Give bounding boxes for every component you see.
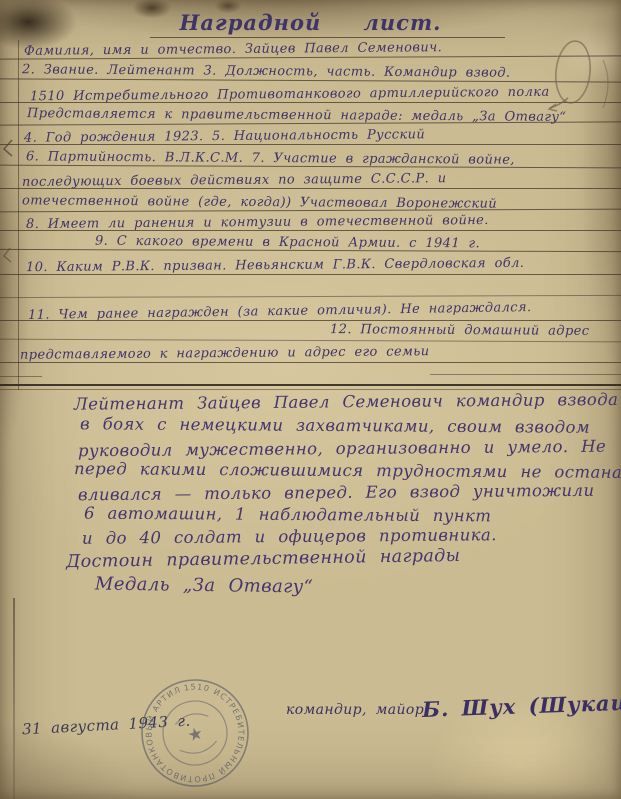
margin-tick-mark <box>4 140 12 156</box>
citation-line: вливался — только вперед. Его взвод унич… <box>78 481 595 505</box>
ruled-line <box>0 376 42 377</box>
commander-signature: Б. Шух (Шукашидзе) <box>422 687 621 722</box>
citation-line: перед какими сложившимися трудностями не… <box>74 459 621 482</box>
award-sheet-document: Наградной лист. Фамилия, имя и отчество.… <box>0 0 621 799</box>
margin-tick-mark <box>4 248 11 262</box>
form-line-address-1: 12. Постоянный домашний адрес <box>330 322 590 339</box>
star-icon: ★ <box>186 723 206 746</box>
pencil-circle-mark <box>553 39 593 104</box>
citation-verdict: Достоин правительственной награды <box>66 546 461 572</box>
regiment-stamp: 1510 ИСТРЕБИТЕЛЬНЫЙ ПРОТИВОТАНКОВЫЙ АРТИ… <box>123 661 266 799</box>
citation-line: в боях с немецкими захватчиками, своим в… <box>80 414 590 437</box>
ruled-line <box>430 374 621 375</box>
citation-line: и до 40 солдат и офицеров противника. <box>82 525 497 548</box>
paper-crease <box>13 598 15 799</box>
form-line-since: 9. С какого времени в Красной Армии. с 1… <box>95 234 480 252</box>
citation-line: Лейтенант Зайцев Павел Семенович команди… <box>74 389 621 413</box>
pencil-arrow <box>550 98 568 108</box>
ruled-line <box>0 295 621 298</box>
citation-award-name: Медаль „За Отвагу“ <box>95 573 313 597</box>
section-divider <box>0 384 621 386</box>
form-line-award: Представляется к правительственной награ… <box>27 106 566 125</box>
form-line-drafted: 10. Каким Р.В.К. призван. Невьянским Г.В… <box>26 256 524 275</box>
form-line-service-2: отечественной войне (где, когда)) Участв… <box>22 193 497 211</box>
ruled-line <box>0 339 621 343</box>
citation-line: руководил мужественно, организованно и у… <box>78 437 606 461</box>
citation-line: 6 автомашин, 1 наблюдательный пункт <box>84 504 492 526</box>
form-line-address-2: представляемого к награждению и адрес ег… <box>20 344 430 363</box>
pencil-arc-mark <box>603 60 608 108</box>
form-line-birth: 4. Год рождения 1923. 5. Национальность … <box>24 127 425 146</box>
document-title: Наградной лист. <box>0 10 621 35</box>
signature-label: командир, майор: <box>286 702 429 718</box>
margin-line <box>18 40 19 390</box>
title-underline <box>150 37 505 38</box>
